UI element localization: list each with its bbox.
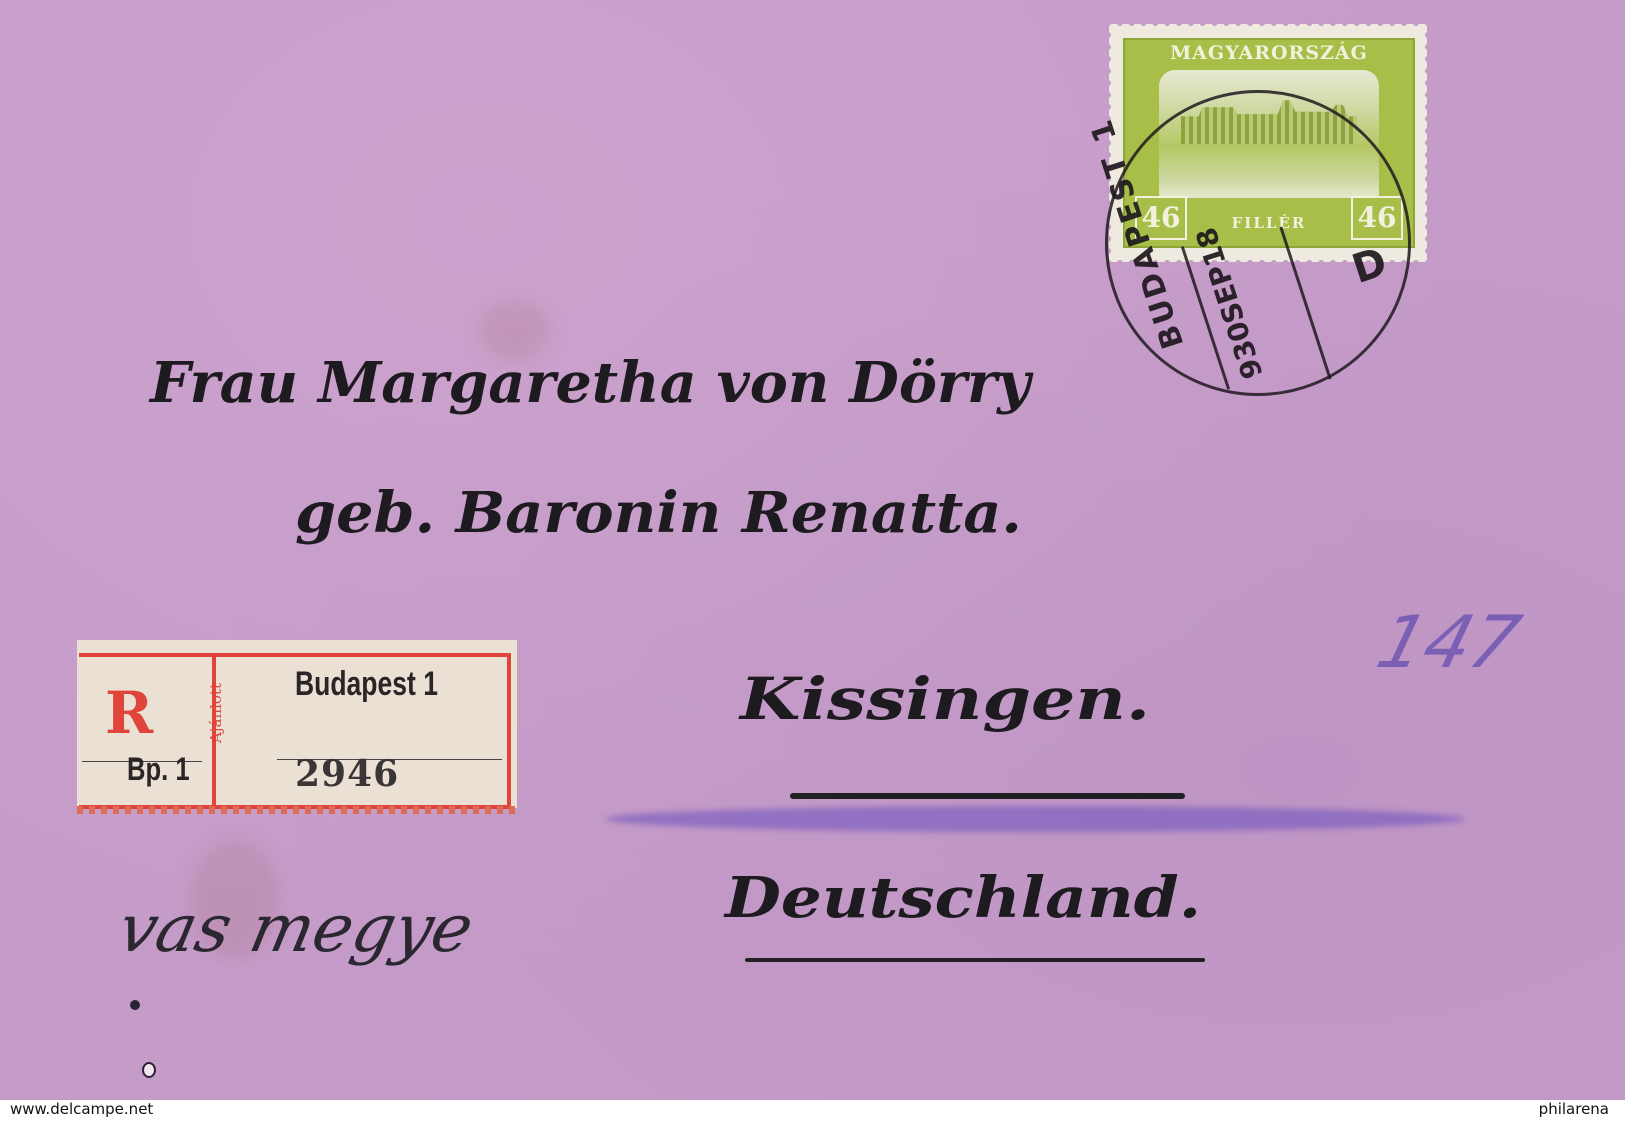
- handwritten-note: vas megye: [112, 890, 480, 967]
- envelope: MAGYARORSZÁG 46 FILLÉR 46 BUDAPEST 1 930…: [0, 0, 1625, 1100]
- crayon-mark: [605, 806, 1465, 832]
- postmark: BUDAPEST 1 930SEP18 D: [1105, 90, 1411, 396]
- address-line-3: Kissingen.: [740, 665, 1150, 733]
- registration-vertical-text: Ajánlott: [207, 683, 225, 743]
- registration-number: 2946: [295, 753, 399, 795]
- postmark-city: BUDAPEST 1: [1083, 113, 1191, 353]
- label-perforation: [77, 806, 517, 814]
- pin-hole: [142, 1062, 156, 1078]
- registration-office: Budapest 1: [295, 665, 438, 704]
- pin-hole: [130, 1000, 140, 1010]
- registration-label: R Ajánlott Budapest 1 Bp. 1 2946: [77, 643, 517, 808]
- stamp-country: MAGYARORSZÁG: [1125, 42, 1413, 64]
- postmark-line: [1279, 226, 1331, 379]
- watermark-right: philarena: [1539, 1100, 1609, 1118]
- address-underline: [745, 958, 1205, 962]
- postmark-code: D: [1347, 239, 1393, 293]
- pencil-number: 147: [1369, 600, 1529, 684]
- address-line-2: geb. Baronin Renatta.: [295, 480, 1022, 546]
- registration-letter: R: [105, 679, 153, 747]
- watermark-left: www.delcampe.net: [10, 1100, 153, 1118]
- address-line-1: Frau Margaretha von Dörry: [150, 350, 1030, 416]
- address-line-4: Deutschland.: [725, 865, 1201, 931]
- registration-office-short: Bp. 1: [127, 751, 190, 788]
- address-underline: [790, 793, 1185, 799]
